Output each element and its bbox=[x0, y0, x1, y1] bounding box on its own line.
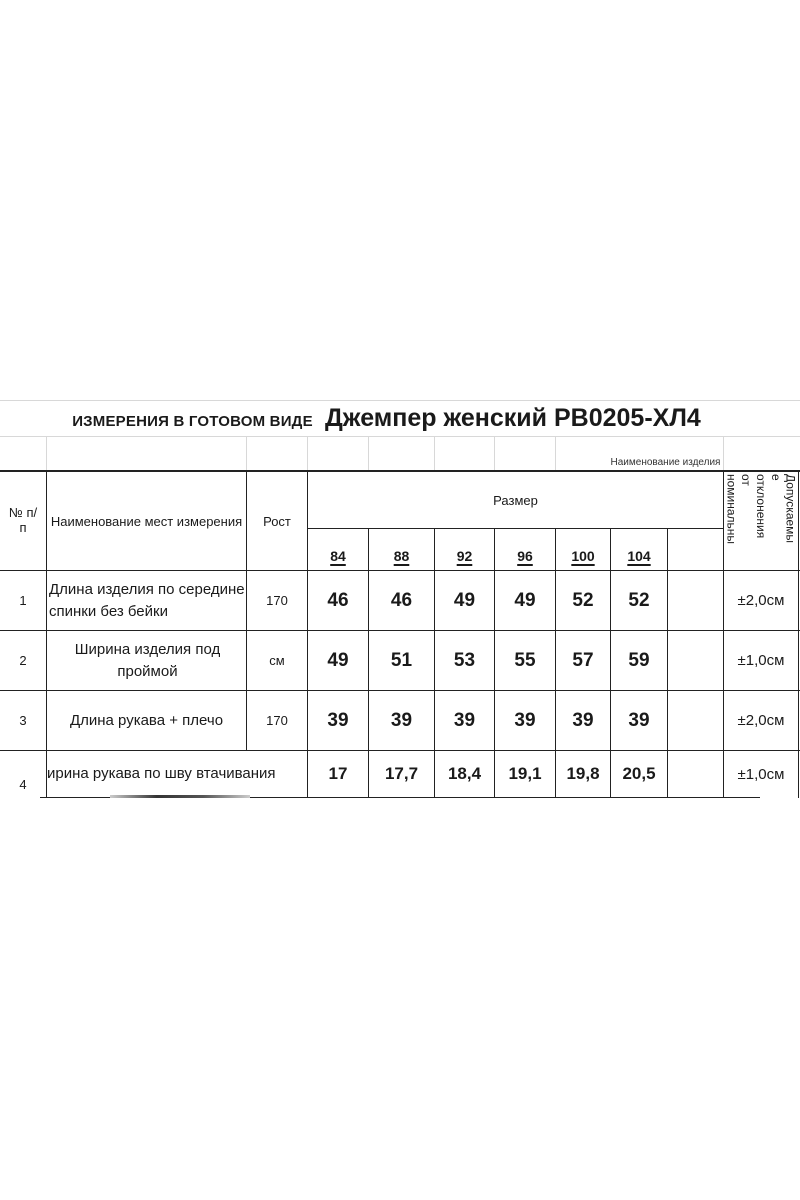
size-96: 96 bbox=[495, 544, 555, 568]
row-height: 170 bbox=[247, 691, 307, 750]
tolerance-word-4: от bbox=[740, 474, 752, 486]
tolerance-word-3: отклонения bbox=[755, 474, 767, 538]
size-88: 88 bbox=[369, 544, 434, 568]
value-84: 39 bbox=[308, 691, 368, 750]
value-96: 39 bbox=[495, 691, 555, 750]
header-height: Рост bbox=[247, 472, 307, 570]
value-104: 20,5 bbox=[611, 751, 667, 797]
tolerance-word-2: е bbox=[770, 474, 782, 481]
tolerance-word-1: Допускаемы bbox=[785, 474, 797, 543]
size-92: 92 bbox=[435, 544, 494, 568]
size-84: 84 bbox=[308, 544, 368, 568]
row-tolerance: ±2,0см bbox=[724, 691, 798, 750]
value-84: 17 bbox=[308, 751, 368, 797]
size-100: 100 bbox=[556, 544, 610, 568]
row-measure-name: Длина изделия по середине спинки без бей… bbox=[47, 571, 246, 630]
value-92: 18,4 bbox=[435, 751, 494, 797]
value-88: 46 bbox=[369, 571, 434, 630]
scan-artifact bbox=[110, 795, 250, 798]
value-100: 57 bbox=[556, 631, 610, 690]
value-96: 49 bbox=[495, 571, 555, 630]
value-104: 59 bbox=[611, 631, 667, 690]
row-number: 2 bbox=[0, 631, 46, 690]
value-92: 53 bbox=[435, 631, 494, 690]
value-100: 39 bbox=[556, 691, 610, 750]
heading-measurements: ИЗМЕРЕНИЯ В ГОТОВОМ ВИДЕ bbox=[70, 408, 315, 434]
value-88: 17,7 bbox=[369, 751, 434, 797]
value-84: 46 bbox=[308, 571, 368, 630]
row-number: 3 bbox=[0, 691, 46, 750]
value-96: 19,1 bbox=[495, 751, 555, 797]
tolerance-word-5: номинальны bbox=[725, 474, 737, 544]
header-tolerance: Допускаемы е отклонения от номинальны bbox=[724, 472, 798, 572]
header-number: № п/п bbox=[4, 475, 42, 565]
value-96: 55 bbox=[495, 631, 555, 690]
row-tolerance: ±1,0см bbox=[724, 631, 798, 690]
row-tolerance: ±2,0см bbox=[724, 571, 798, 630]
row-height: 170 bbox=[247, 571, 307, 630]
row-measure-name: Длина рукава + плечо bbox=[47, 691, 246, 750]
value-104: 39 bbox=[611, 691, 667, 750]
header-size: Размер bbox=[308, 472, 723, 528]
row-tolerance: ±1,0см bbox=[724, 751, 798, 797]
product-name-caption: Наименование изделия bbox=[608, 455, 723, 469]
value-84: 49 bbox=[308, 631, 368, 690]
value-88: 51 bbox=[369, 631, 434, 690]
row-measure-name: Ширина изделия под проймой bbox=[60, 631, 235, 690]
row-height: см bbox=[247, 631, 307, 690]
value-100: 19,8 bbox=[556, 751, 610, 797]
size-104: 104 bbox=[611, 544, 667, 568]
value-92: 39 bbox=[435, 691, 494, 750]
row-measure-name: ирина рукава по шву втачивания bbox=[47, 751, 307, 797]
row-number: 1 bbox=[0, 571, 46, 630]
value-100: 52 bbox=[556, 571, 610, 630]
header-measure-name: Наименование мест измерения bbox=[47, 472, 246, 570]
product-title: Джемпер женский РВ0205-ХЛ4 bbox=[325, 400, 735, 436]
value-104: 52 bbox=[611, 571, 667, 630]
value-92: 49 bbox=[435, 571, 494, 630]
value-88: 39 bbox=[369, 691, 434, 750]
row-number: 4 bbox=[0, 770, 46, 798]
